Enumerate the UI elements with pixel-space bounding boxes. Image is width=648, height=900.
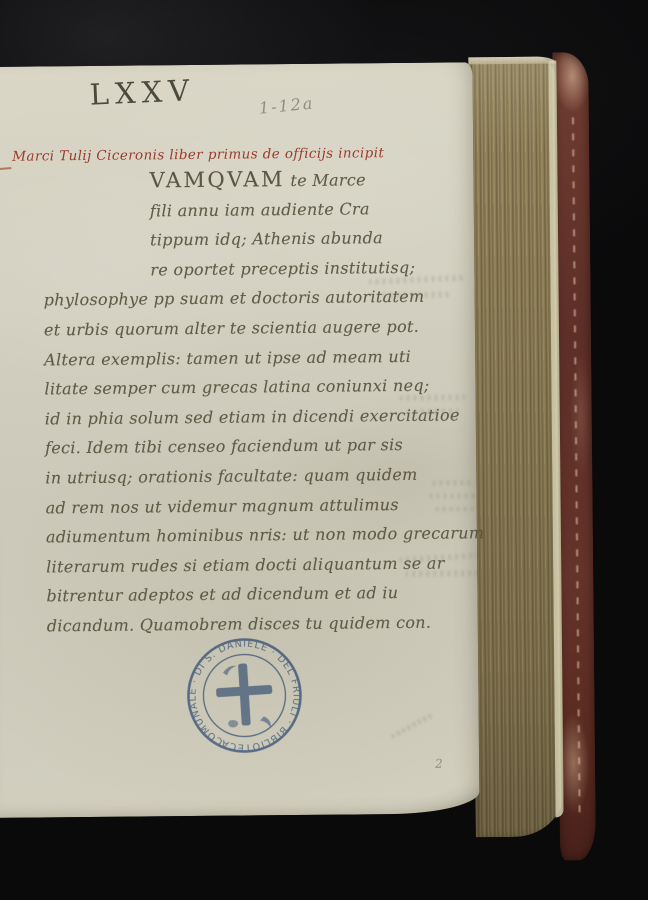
parchment-page: LXXV 1-12a Marci Tulij Ciceronis liber p…	[0, 62, 480, 818]
manuscript-text-block: VAMQVAM te Marcefili annu iam audiente C…	[42, 163, 477, 641]
manuscript-text-line: fili annu iam audiente Cra	[43, 193, 473, 227]
top-page-edge-highlight	[468, 56, 556, 64]
manuscript-text-line: phylosophye pp suam et doctoris autorita…	[44, 282, 474, 316]
folio-number: LXXV	[89, 73, 196, 112]
manuscript-text-line: adiumentum hominibus nris: ut non modo g…	[46, 518, 476, 552]
manuscript-text-line: Altera exemplis: tamen ut ipse ad meam u…	[44, 341, 474, 375]
ink-show-through	[407, 408, 459, 414]
pencil-foliation-note: 1-12a	[258, 93, 315, 117]
manuscript-text-line: in utriusq; orationis facultate: quam qu…	[45, 459, 475, 493]
incipit-capitals: VAMQVAM	[149, 167, 285, 192]
manuscript-text-line: feci. Idem tibi censeo faciendum ut par …	[45, 430, 475, 464]
ink-show-through	[430, 493, 476, 498]
red-margin-mark	[0, 167, 11, 171]
ink-show-through	[436, 506, 474, 511]
pencil-smudge	[390, 712, 435, 739]
manuscript-text-line: id in phia solum sed etiam in dicendi ex…	[45, 400, 475, 434]
corner-pencil-mark: 2	[435, 757, 443, 771]
manuscript-text-line: tippum idq; Athenis abunda	[43, 222, 473, 256]
stamp-cross-emblem	[215, 662, 275, 731]
library-stamp: COMUNALE · DI S. DANIELE · DEL FRIULI · …	[168, 619, 321, 772]
ink-show-through	[383, 291, 453, 298]
book-fore-edge-pages	[468, 56, 563, 837]
ink-show-through	[400, 394, 466, 401]
rubric-title: Marci Tulij Ciceronis liber primus de of…	[12, 145, 412, 165]
manuscript-text-line: ad rem nos ut videmur magnum attulimus	[46, 489, 476, 523]
ink-show-through	[405, 570, 479, 577]
manuscript-text-line: VAMQVAM te Marce	[42, 163, 472, 197]
manuscript-text-line: bitrentur adeptos et ad dicendum et ad i…	[46, 578, 476, 612]
ink-show-through	[432, 480, 472, 485]
manuscript-text-line: et urbis quorum alter te scientia augere…	[44, 311, 474, 345]
manuscript-book: LXXV 1-12a Marci Tulij Ciceronis liber p…	[0, 61, 604, 818]
